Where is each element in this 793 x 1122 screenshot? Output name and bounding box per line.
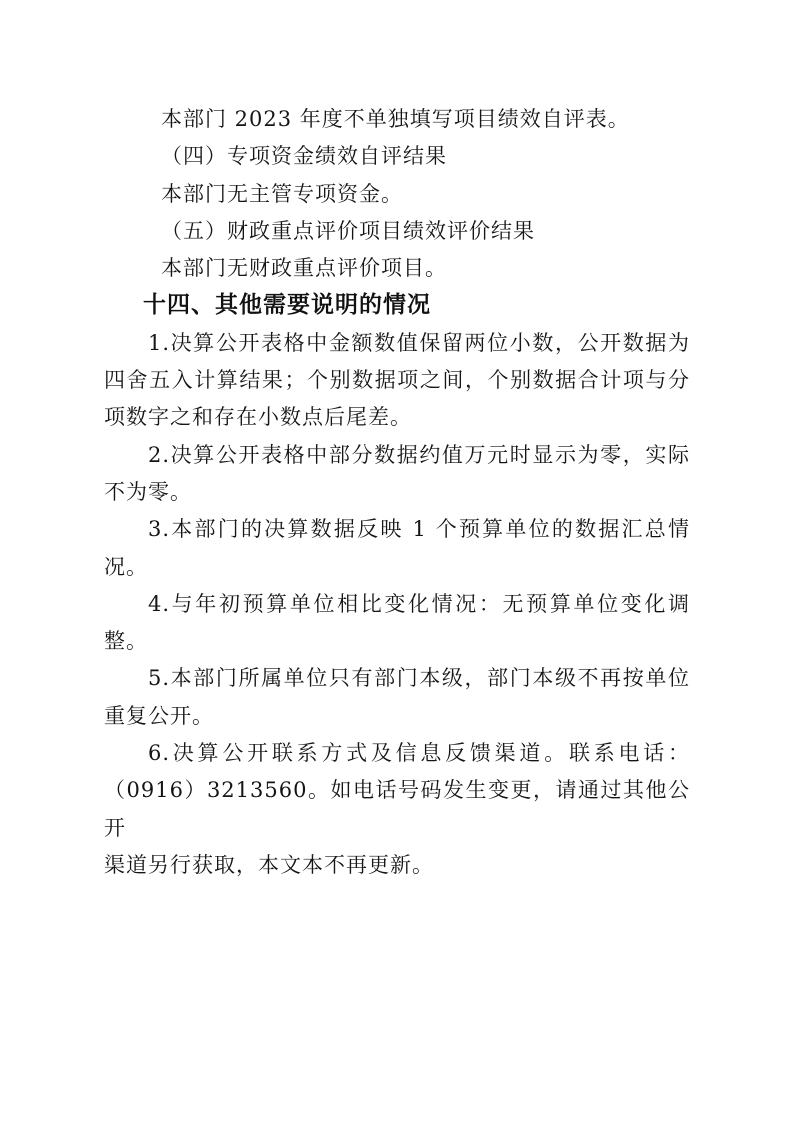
note-2-line: 2.决算公开表格中部分数据约值万元时显示为零，实际	[104, 437, 690, 474]
intro-line-no-special-funds: 本部门无主管专项资金。	[104, 176, 690, 213]
note-2-line: 不为零。	[104, 474, 690, 511]
note-1-line: 1.决算公开表格中金额数值保留两位小数，公开数据为	[104, 325, 690, 362]
note-4-line: 4.与年初预算单位相比变化情况：无预算单位变化调	[104, 586, 690, 623]
intro-line-subheading-four: （四）专项资金绩效自评结果	[104, 138, 690, 175]
note-6-line: 渠道另行获取，本文本不再更新。	[104, 847, 690, 884]
note-5-line: 5.本部门所属单位只有部门本级，部门本级不再按单位	[104, 660, 690, 697]
note-1-line: 项数字之和存在小数点后尾差。	[104, 399, 690, 436]
text-block: 本部门 2023 年度不单独填写项目绩效自评表。 （四）专项资金绩效自评结果 本…	[104, 101, 690, 884]
intro-line-self-eval-table: 本部门 2023 年度不单独填写项目绩效自评表。	[104, 101, 690, 138]
note-3-line: 3.本部门的决算数据反映 1 个预算单位的数据汇总情	[104, 511, 690, 548]
intro-line-subheading-five: （五）财政重点评价项目绩效评价结果	[104, 213, 690, 250]
note-4-line: 整。	[104, 623, 690, 660]
document-page: 本部门 2023 年度不单独填写项目绩效自评表。 （四）专项资金绩效自评结果 本…	[0, 0, 793, 1122]
note-1-line: 四舍五入计算结果；个别数据项之间，个别数据合计项与分	[104, 362, 690, 399]
note-5-line: 重复公开。	[104, 698, 690, 735]
note-6-line: 6.决算公开联系方式及信息反馈渠道。联系电话：	[104, 735, 690, 772]
note-3-line: 况。	[104, 549, 690, 586]
intro-line-no-key-eval-projects: 本部门无财政重点评价项目。	[104, 250, 690, 287]
note-6-line-phone: （0916）3213560。如电话号码发生变更，请通过其他公开	[104, 772, 690, 847]
section-heading: 十四、其他需要说明的情况	[104, 287, 690, 324]
